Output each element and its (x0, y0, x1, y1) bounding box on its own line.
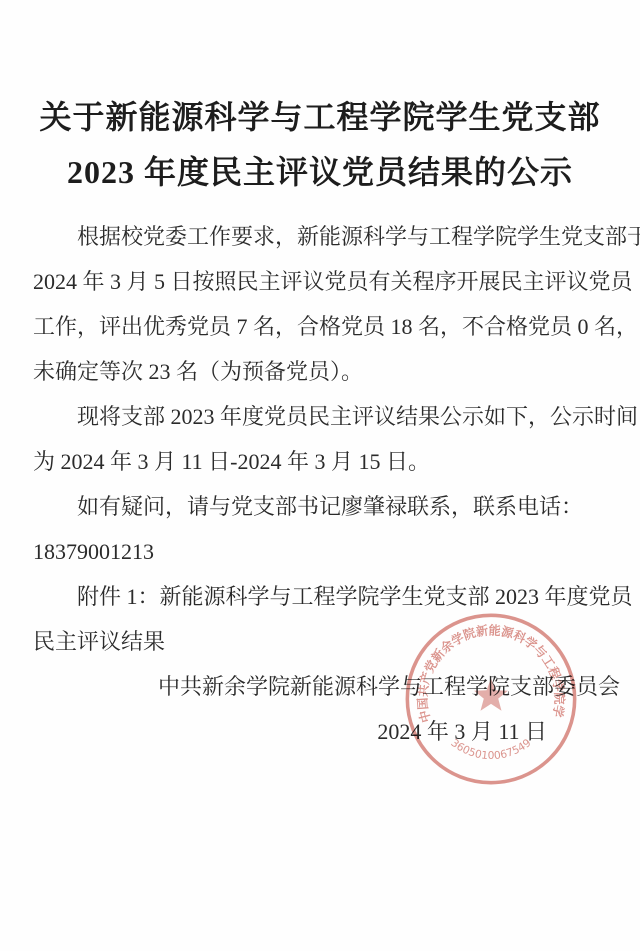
body-text-line: 为 2024 年 3 月 11 日-2024 年 3 月 15 日。 (33, 439, 614, 484)
date-line: 2024 年 3 月 11 日 (0, 709, 640, 754)
body-text-line: 如有疑问，请与党支部书记廖肇禄联系，联系电话： (33, 484, 614, 529)
body-text-line: 附件 1：新能源科学与工程学院学生党支部 2023 年度党员 (33, 574, 614, 619)
body-text-line: 现将支部 2023 年度党员民主评议结果公示如下，公示时间 (33, 394, 614, 439)
title-line-1: 关于新能源科学与工程学院学生党支部 (0, 90, 640, 145)
body-text-line: 工作，评出优秀党员 7 名，合格党员 18 名，不合格党员 0 名， (33, 304, 614, 349)
signature-line: 中共新余学院新能源科学与工程学院支部委员会 (0, 664, 640, 709)
document-body: 根据校党委工作要求，新能源科学与工程学院学生党支部于2024 年 3 月 5 日… (0, 214, 640, 664)
document-page: 关于新能源科学与工程学院学生党支部 2023 年度民主评议党员结果的公示 根据校… (0, 0, 640, 951)
body-text-line: 18379001213 (33, 529, 614, 574)
body-text-line: 未确定等次 23 名（为预备党员）。 (33, 349, 614, 394)
body-text-line: 2024 年 3 月 5 日按照民主评议党员有关程序开展民主评议党员 (33, 259, 614, 304)
body-text-line: 民主评议结果 (33, 619, 614, 664)
body-text-line: 根据校党委工作要求，新能源科学与工程学院学生党支部于 (33, 214, 614, 259)
title-line-2: 2023 年度民主评议党员结果的公示 (0, 145, 640, 200)
document-title: 关于新能源科学与工程学院学生党支部 2023 年度民主评议党员结果的公示 (0, 0, 640, 200)
